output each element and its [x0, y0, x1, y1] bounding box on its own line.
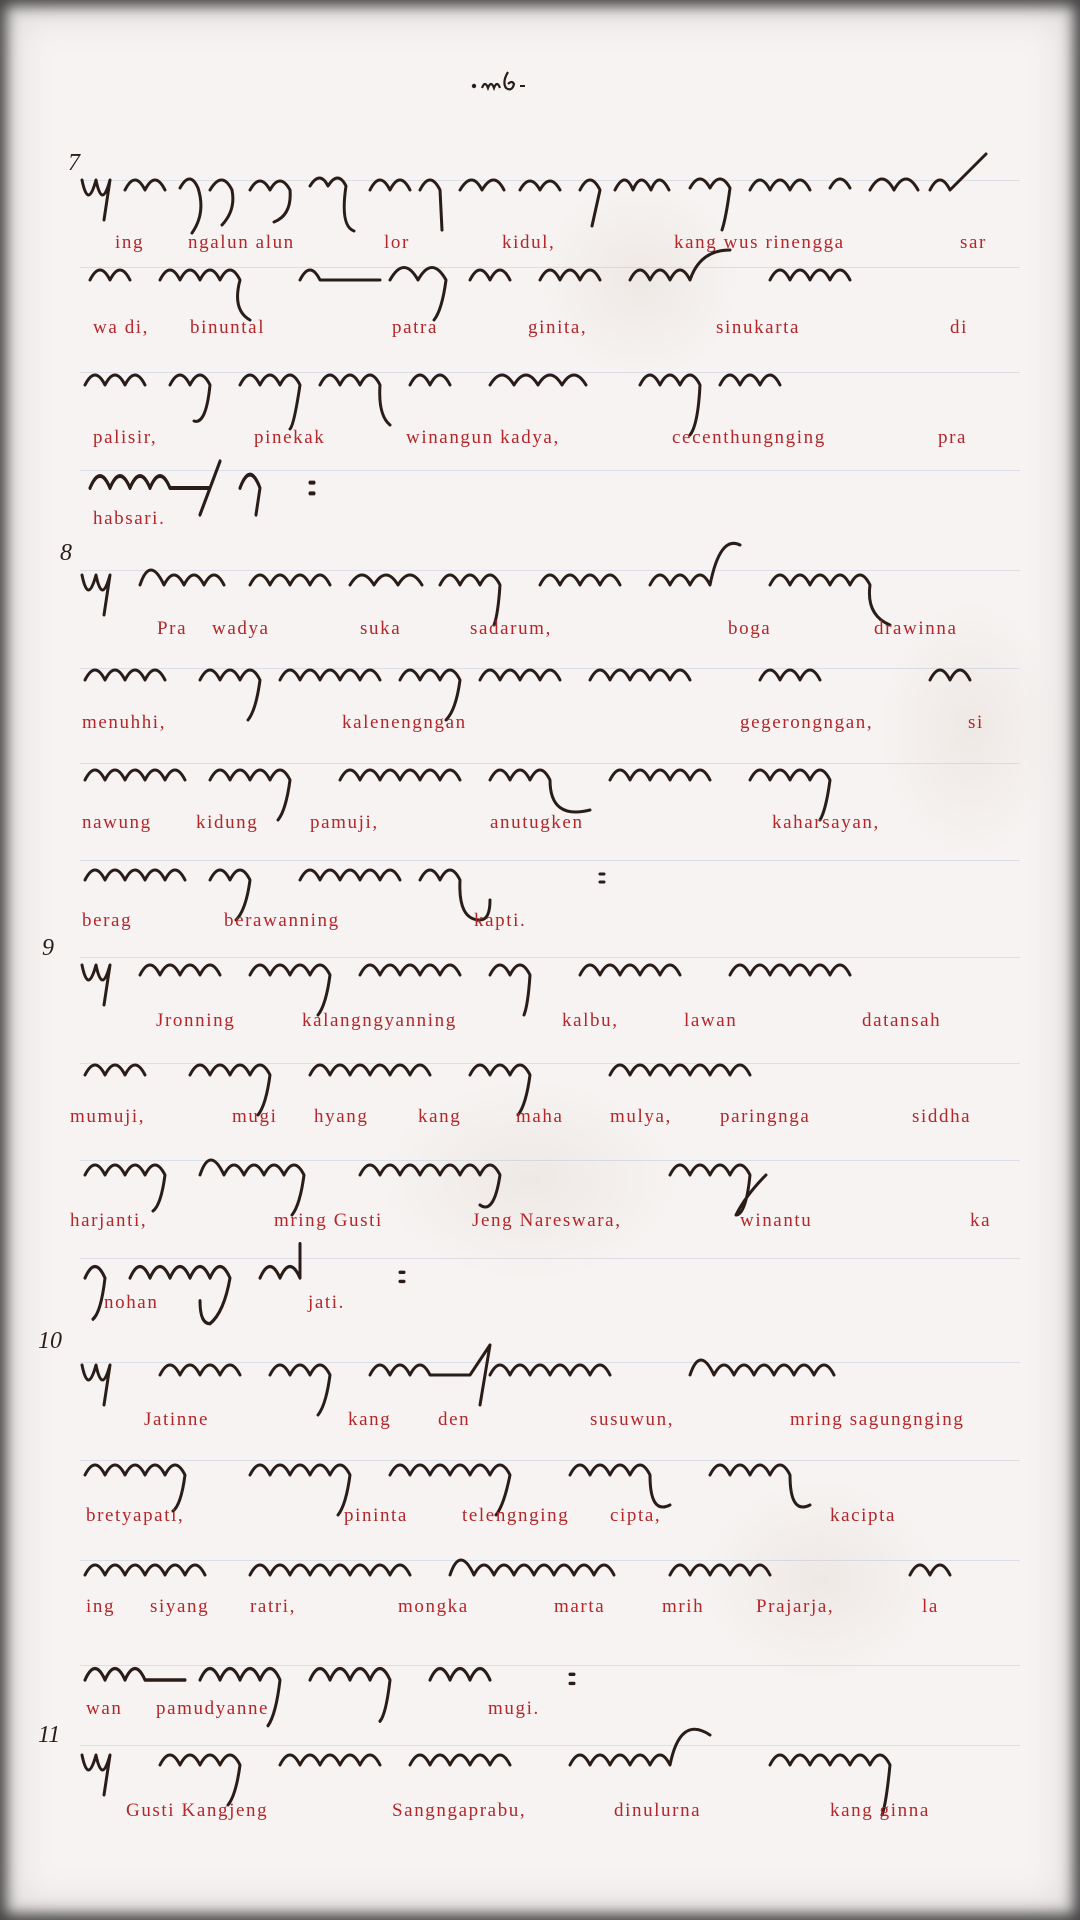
transliteration-word: susuwun,: [590, 1409, 674, 1431]
transliteration-word: palisir,: [93, 427, 157, 449]
transliteration-word: Jatinne: [144, 1409, 209, 1431]
transliteration-line: Pra wadya suka sadarum, boga drawinna: [0, 618, 1080, 642]
transliteration-word: paringnga: [720, 1106, 810, 1128]
transliteration-word: suka: [360, 618, 401, 640]
transliteration-word: sinukarta: [716, 317, 800, 339]
stanza-number: 11: [38, 1722, 60, 1749]
transliteration-word: wadya: [212, 618, 270, 640]
transliteration-word: habsari.: [93, 508, 165, 530]
transliteration-line: nawung kidung pamuji, anutugken kaharsay…: [0, 812, 1080, 836]
transliteration-word: winantu: [740, 1210, 812, 1232]
transliteration-word: wa di,: [93, 317, 149, 339]
transliteration-word: Jeng Nareswara,: [472, 1210, 622, 1232]
javanese-script-line: [70, 240, 1010, 320]
transliteration-word: kidung: [196, 812, 258, 834]
transliteration-word: anutugken: [490, 812, 584, 834]
transliteration-word: si: [968, 712, 984, 734]
transliteration-word: boga: [728, 618, 771, 640]
transliteration-word: dinulurna: [614, 1800, 701, 1822]
transliteration-word: pinekak: [254, 427, 325, 449]
transliteration-line: mumuji, mugi hyang kang maha mulya, pari…: [0, 1106, 1080, 1130]
stanza-number: 10: [38, 1328, 62, 1355]
transliteration-word: mumuji,: [70, 1106, 145, 1128]
transliteration-word: mugi: [232, 1106, 277, 1128]
transliteration-word: Pra: [157, 618, 187, 640]
transliteration-word: cipta,: [610, 1505, 661, 1527]
transliteration-line: harjanti, mring Gusti Jeng Nareswara, wi…: [0, 1210, 1080, 1234]
transliteration-word: pamudyanne: [156, 1698, 269, 1720]
transliteration-word: wan: [86, 1698, 122, 1720]
transliteration-word: jati.: [308, 1292, 345, 1314]
transliteration-word: ratri,: [250, 1596, 296, 1618]
transliteration-word: hyang: [314, 1106, 368, 1128]
transliteration-word: mring Gusti: [274, 1210, 383, 1232]
transliteration-word: telengnging: [462, 1505, 569, 1527]
transliteration-word: nohan: [104, 1292, 158, 1314]
transliteration-word: menuhhi,: [82, 712, 166, 734]
transliteration-word: mring sagungnging: [790, 1409, 964, 1431]
transliteration-word: ka: [970, 1210, 991, 1232]
transliteration-word: kang: [418, 1106, 461, 1128]
transliteration-line: Gusti Kangjeng Sangngaprabu, dinulurna k…: [0, 1800, 1080, 1824]
transliteration-word: pamuji,: [310, 812, 379, 834]
transliteration-word: Sangngaprabu,: [392, 1800, 526, 1822]
transliteration-word: bretyapati,: [86, 1505, 184, 1527]
javanese-script-line: [70, 1335, 1030, 1415]
transliteration-word: lawan: [684, 1010, 737, 1032]
javanese-script-line: [70, 345, 1020, 425]
transliteration-line: wan pamudyanne mugi.: [0, 1698, 1080, 1722]
transliteration-word: kalbu,: [562, 1010, 619, 1032]
transliteration-word: datansah: [862, 1010, 941, 1032]
transliteration-word: maha: [516, 1106, 564, 1128]
transliteration-word: di: [950, 317, 968, 339]
transliteration-word: kaharsayan,: [772, 812, 880, 834]
transliteration-word: den: [438, 1409, 470, 1431]
transliteration-line: Jatinne kang den susuwun, mring sagungng…: [0, 1409, 1080, 1433]
transliteration-word: winangun kadya,: [406, 427, 560, 449]
transliteration-word: kacipta: [830, 1505, 896, 1527]
javanese-script-line: [70, 545, 1030, 625]
transliteration-word: marta: [554, 1596, 605, 1618]
transliteration-line: bretyapati, pininta telengnging cipta, k…: [0, 1505, 1080, 1529]
transliteration-word: mulya,: [610, 1106, 672, 1128]
transliteration-word: mongka: [398, 1596, 469, 1618]
transliteration-word: drawinna: [874, 618, 958, 640]
transliteration-word: pra: [938, 427, 967, 449]
transliteration-word: patra: [392, 317, 438, 339]
transliteration-word: sadarum,: [470, 618, 552, 640]
transliteration-word: gegerongngan,: [740, 712, 873, 734]
manuscript-page: 7 ing ngalun alun lor kidul, kang wus ri…: [0, 0, 1080, 1920]
transliteration-word: siddha: [912, 1106, 971, 1128]
transliteration-word: nawung: [82, 812, 152, 834]
transliteration-word: kalenengngan: [342, 712, 467, 734]
transliteration-word: la: [922, 1596, 939, 1618]
transliteration-word: kalangngyanning: [302, 1010, 457, 1032]
transliteration-word: berag: [82, 910, 132, 932]
transliteration-word: mrih: [662, 1596, 704, 1618]
transliteration-line: Jronning kalangngyanning kalbu, lawan da…: [0, 1010, 1080, 1034]
transliteration-word: siyang: [150, 1596, 209, 1618]
transliteration-word: kang ginna: [830, 1800, 930, 1822]
transliteration-word: Jronning: [156, 1010, 235, 1032]
stanza-number: 9: [42, 935, 54, 962]
javanese-script-line: [70, 1135, 1030, 1215]
transliteration-word: pininta: [344, 1505, 408, 1527]
javanese-script-line: [70, 740, 1010, 820]
transliteration-word: mugi.: [488, 1698, 540, 1720]
transliteration-word: Gusti Kangjeng: [126, 1800, 268, 1822]
transliteration-word: berawanning: [224, 910, 340, 932]
transliteration-word: harjanti,: [70, 1210, 147, 1232]
transliteration-word: ginita,: [528, 317, 587, 339]
javanese-script-line: [70, 1435, 1010, 1515]
transliteration-line: nohan jati.: [0, 1292, 1080, 1316]
transliteration-line: ing siyang ratri, mongka marta mrih Praj…: [0, 1596, 1080, 1620]
transliteration-word: Prajarja,: [756, 1596, 834, 1618]
javanese-script-line: [70, 1035, 1020, 1115]
javanese-script-line: [70, 150, 1030, 230]
transliteration-word: cecenthungnging: [672, 427, 826, 449]
transliteration-line: menuhhi, kalenengngan gegerongngan, si: [0, 712, 1080, 736]
transliteration-line: berag berawanning kapti.: [0, 910, 1080, 934]
transliteration-word: binuntal: [190, 317, 265, 339]
javanese-script-line: [70, 1725, 1030, 1805]
transliteration-word: kang: [348, 1409, 391, 1431]
transliteration-line: wa di, binuntal patra ginita, sinukarta …: [0, 317, 1080, 341]
javanese-script-line: [70, 935, 1030, 1015]
transliteration-word: kapti.: [474, 910, 526, 932]
javanese-script-line: [70, 640, 1030, 720]
page-number-glyph: [468, 68, 538, 98]
javanese-script-line: [70, 840, 630, 920]
transliteration-line: habsari.: [0, 508, 1080, 532]
transliteration-word: ing: [86, 1596, 115, 1618]
